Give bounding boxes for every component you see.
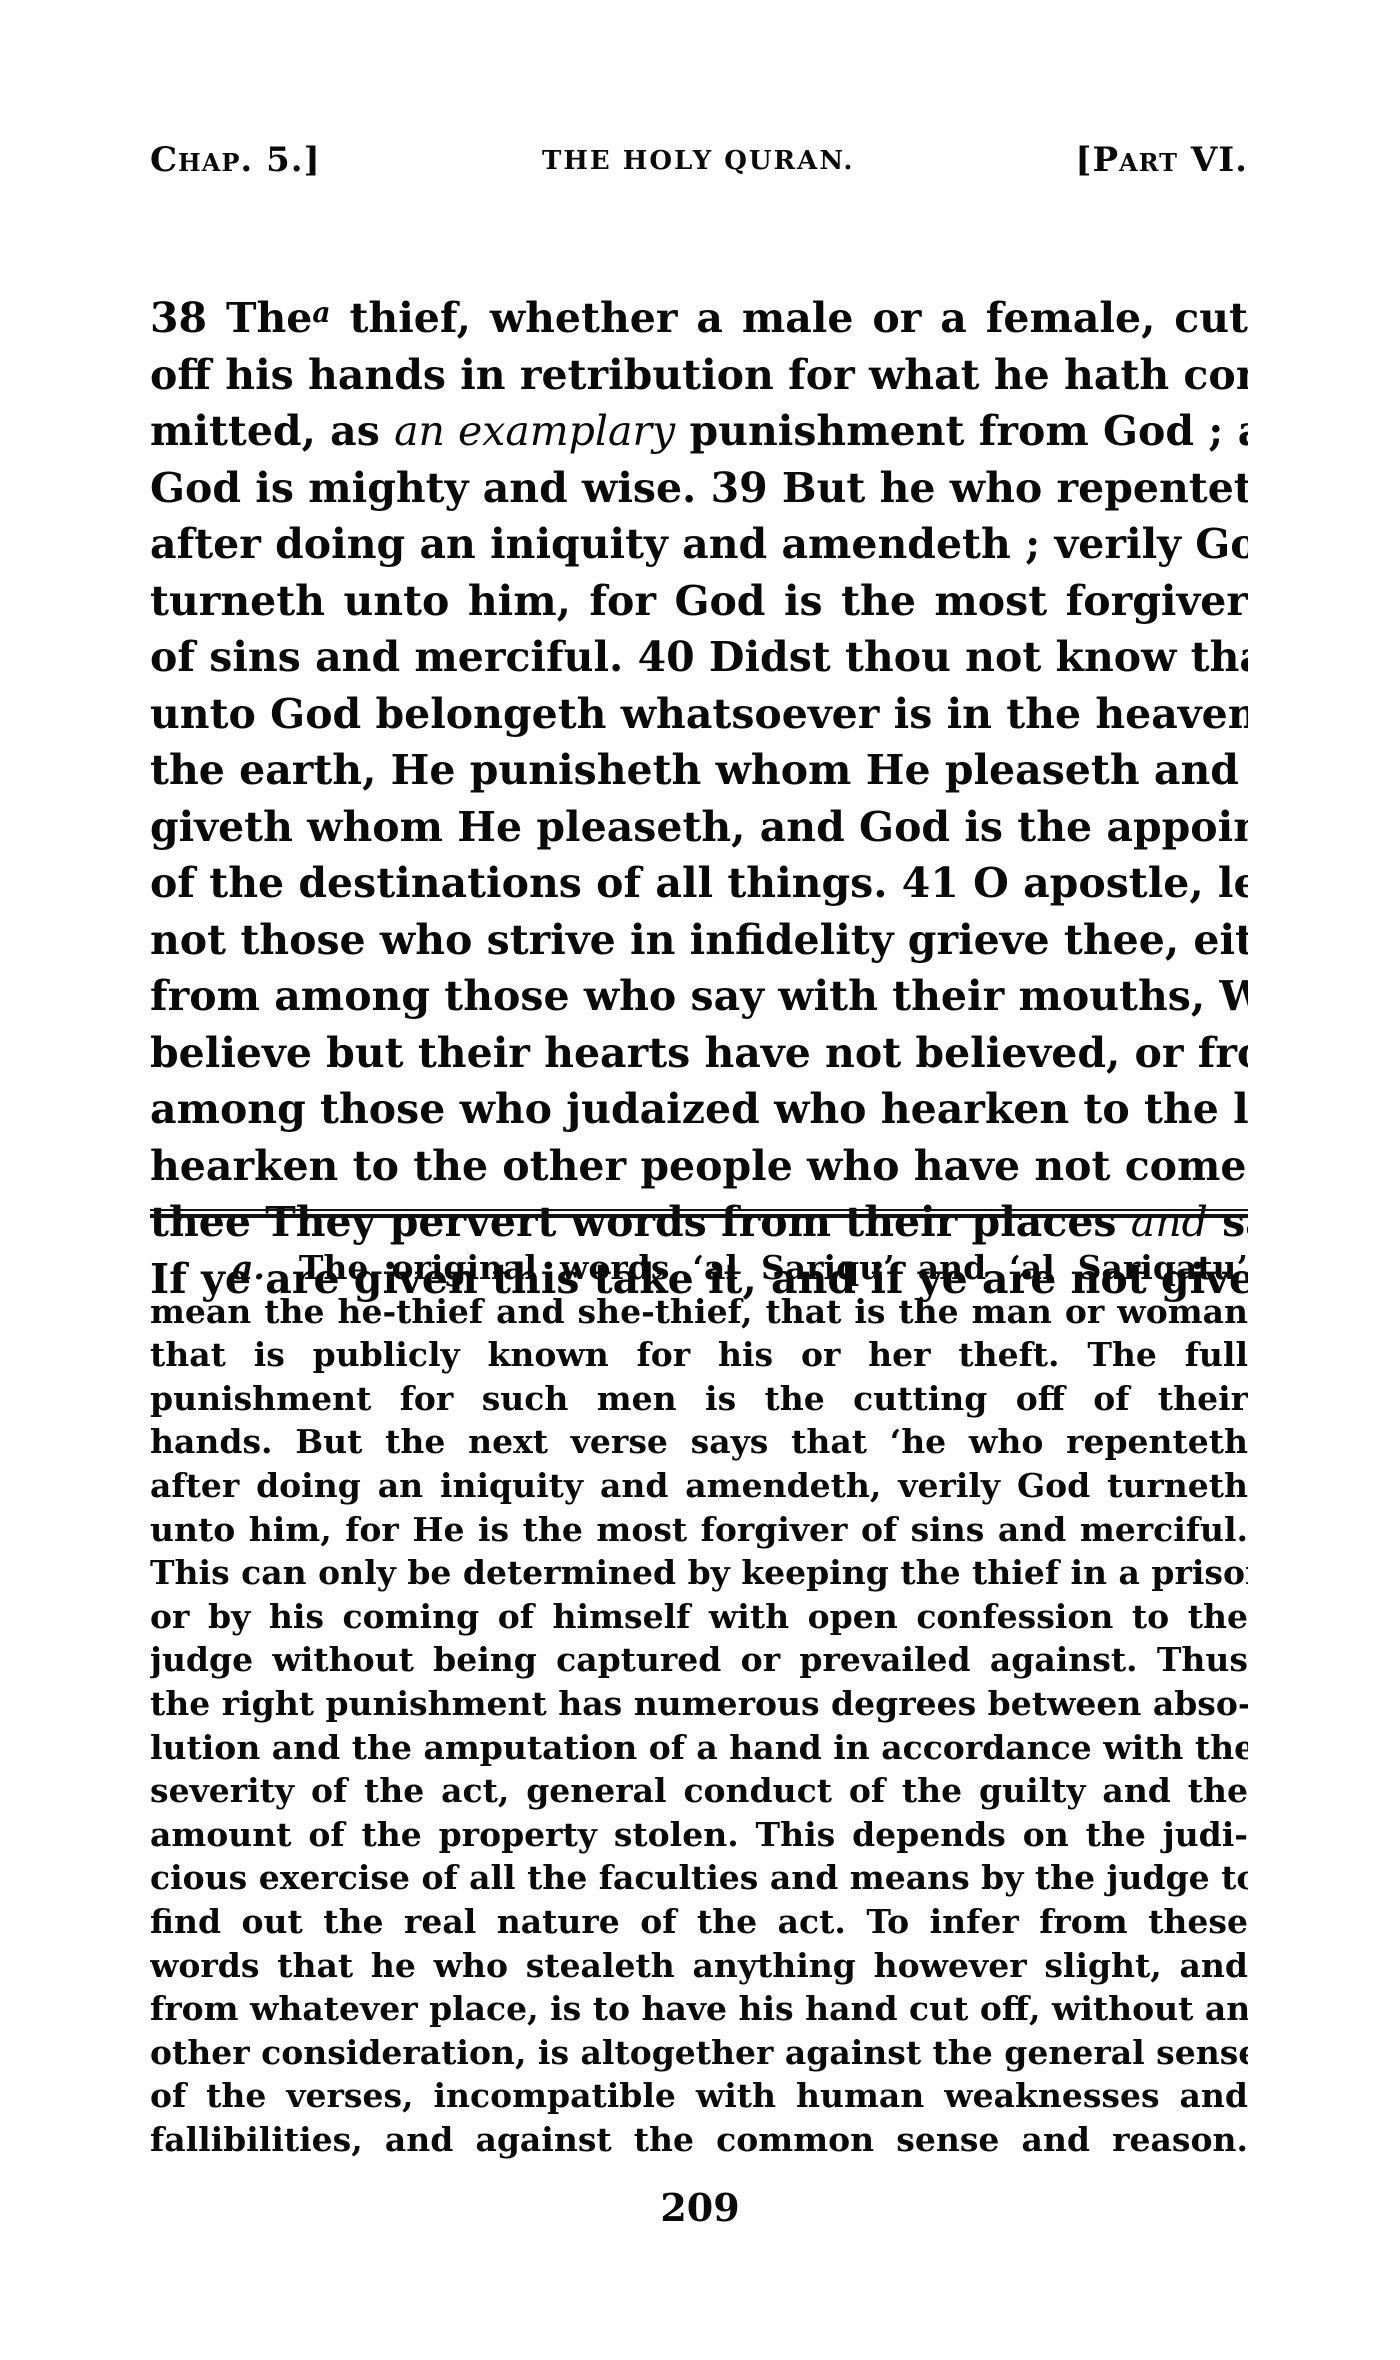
- footnote-line: hands. But the next verse says that ‘he …: [150, 1420, 1248, 1464]
- footnote-divider: [150, 1209, 1248, 1219]
- footnote-line: find out the real nature of the act. To …: [150, 1900, 1248, 1944]
- book-title: THE HOLY QURAN.: [542, 146, 854, 176]
- verse-line: mitted, as an examplary punishment from …: [150, 403, 1248, 460]
- book-page: Chap. 5.] THE HOLY QURAN. [Part VI. 38 T…: [0, 0, 1400, 2360]
- footnote-line: mean the he-thief and she-thief, that is…: [150, 1290, 1248, 1334]
- verse-line: turneth unto him, for God is the most fo…: [150, 573, 1248, 630]
- footnote-marker: a.: [232, 1248, 265, 1287]
- verse-line: of the destinations of all things. 41 O …: [150, 855, 1248, 912]
- verse-line: not those who strive in infidelity griev…: [150, 912, 1248, 969]
- verse-line: after doing an iniquity and amendeth ; v…: [150, 516, 1248, 573]
- footnote-line: a.The original words ‘al Sariqu’ and ‘al…: [150, 1246, 1248, 1290]
- verse-line: believe but their hearts have not believ…: [150, 1025, 1248, 1082]
- footnote-line: the right punishment has numerous degree…: [150, 1682, 1248, 1726]
- verse-line: giveth whom He pleaseth, and God is the …: [150, 799, 1248, 856]
- verse-line: hearken to the other people who have not…: [150, 1138, 1248, 1195]
- footnote-line: judge without being captured or prevaile…: [150, 1638, 1248, 1682]
- footnote-line: severity of the act, general conduct of …: [150, 1769, 1248, 1813]
- footnote-line: lution and the amputation of a hand in a…: [150, 1726, 1248, 1770]
- verse-line: 38 Thea thief, whether a male or a femal…: [150, 290, 1248, 347]
- footnote-line: that is publicly known for his or her th…: [150, 1333, 1248, 1377]
- verse-line: the earth, He punisheth whom He pleaseth…: [150, 742, 1248, 799]
- verse-line: thee They pervert words from their place…: [150, 1194, 1248, 1251]
- footnote-ref-a: a: [312, 296, 330, 329]
- verse-line: unto God belongeth whatsoever is in the …: [150, 686, 1248, 743]
- rule-thin: [150, 1209, 1248, 1211]
- footnote-line: from whatever place, is to have his hand…: [150, 1987, 1248, 2031]
- footnote-line: punishment for such men is the cutting o…: [150, 1377, 1248, 1421]
- chapter-label: Chap. 5.]: [150, 140, 321, 180]
- verse-line: God is mighty and wise. 39 But he who re…: [150, 460, 1248, 517]
- verse-line: of sins and merciful. 40 Didst thou not …: [150, 629, 1248, 686]
- part-label: [Part VI.: [1075, 140, 1248, 180]
- running-head: Chap. 5.] THE HOLY QURAN. [Part VI.: [150, 140, 1248, 186]
- footnote-line: cious exercise of all the faculties and …: [150, 1856, 1248, 1900]
- footnote-line: amount of the property stolen. This depe…: [150, 1813, 1248, 1857]
- footnote-line: other consideration, is altogether again…: [150, 2031, 1248, 2075]
- footnote-line: after doing an iniquity and amendeth, ve…: [150, 1464, 1248, 1508]
- page-number: 209: [0, 2185, 1400, 2230]
- footnote-line: This can only be determined by keeping t…: [150, 1551, 1248, 1595]
- footnote: a.The original words ‘al Sariqu’ and ‘al…: [150, 1246, 1248, 2161]
- footnote-line: unto him, for He is the most forgiver of…: [150, 1508, 1248, 1552]
- verse-line: off his hands in retribution for what he…: [150, 347, 1248, 404]
- footnote-line: of the verses, incompatible with human w…: [150, 2074, 1248, 2118]
- footnote-line: words that he who stealeth anything howe…: [150, 1944, 1248, 1988]
- verse-line: among those who judaized who hearken to …: [150, 1081, 1248, 1138]
- footnote-line: or by his coming of himself with open co…: [150, 1595, 1248, 1639]
- verse-line: from among those who say with their mout…: [150, 968, 1248, 1025]
- footnote-line: fallibilities, and against the common se…: [150, 2118, 1248, 2162]
- verse-text: 38 Thea thief, whether a male or a femal…: [150, 290, 1248, 1307]
- rule-thick: [150, 1214, 1248, 1218]
